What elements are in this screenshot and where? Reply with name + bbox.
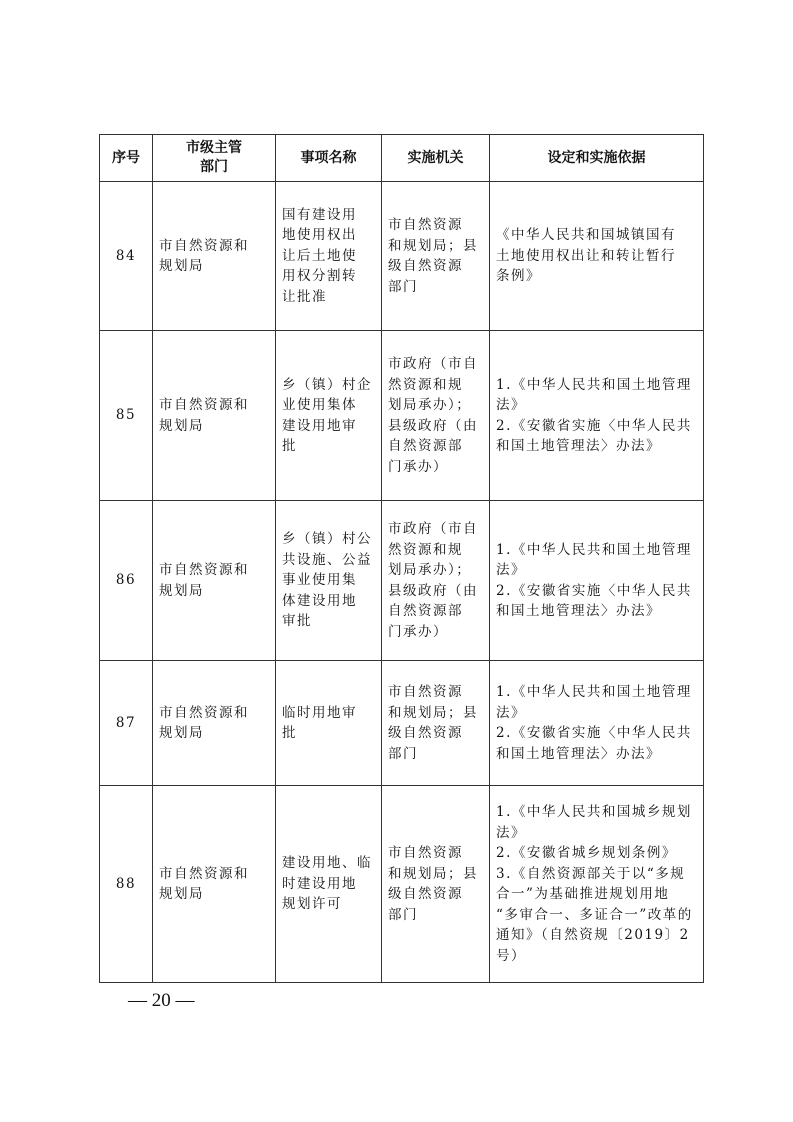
row-seq: 88 [100,786,153,983]
row-dept: 市自然资源和规划局 [153,661,276,786]
row-dept: 市自然资源和规划局 [153,331,276,501]
row-seq: 86 [100,501,153,661]
header-dept: 市级主管部门 [153,135,276,182]
table-row: 84 市自然资源和规划局 国有建设用地使用权出让后土地使用权分割转让批准 市自然… [100,182,704,331]
row-item: 国有建设用地使用权出让后土地使用权分割转让批准 [276,182,382,331]
table-header-row: 序号 市级主管部门 事项名称 实施机关 设定和实施依据 [100,135,704,182]
approval-items-table: 序号 市级主管部门 事项名称 实施机关 设定和实施依据 84 市自然资源和规划局… [99,134,704,983]
page-number: — 20 — [128,990,195,1012]
row-seq: 87 [100,661,153,786]
row-agency: 市政府（市自然资源和规划局承办）；县级政府（由自然资源部门承办） [382,501,490,661]
row-basis: 1.《中华人民共和国土地管理法》2.《安徽省实施〈中华人民共和国土地管理法〉办法… [490,501,704,661]
row-dept: 市自然资源和规划局 [153,786,276,983]
header-item: 事项名称 [276,135,382,182]
row-item: 乡（镇）村公共设施、公益事业使用集体建设用地审批 [276,501,382,661]
row-agency: 市政府（市自然资源和规划局承办）；县级政府（由自然资源部门承办） [382,331,490,501]
row-item: 建设用地、临时建设用地规划许可 [276,786,382,983]
table-row: 85 市自然资源和规划局 乡（镇）村企业使用集体建设用地审批 市政府（市自然资源… [100,331,704,501]
row-basis: 1.《中华人民共和国土地管理法》2.《安徽省实施〈中华人民共和国土地管理法〉办法… [490,661,704,786]
row-agency: 市自然资源和规划局；县级自然资源部门 [382,661,490,786]
row-seq: 84 [100,182,153,331]
row-basis: 1.《中华人民共和国城乡规划法》2.《安徽省城乡规划条例》3.《自然资源部关于以… [490,786,704,983]
row-dept: 市自然资源和规划局 [153,182,276,331]
row-basis: 1.《中华人民共和国土地管理法》2.《安徽省实施〈中华人民共和国土地管理法〉办法… [490,331,704,501]
header-basis: 设定和实施依据 [490,135,704,182]
table-row: 87 市自然资源和规划局 临时用地审批 市自然资源和规划局；县级自然资源部门 1… [100,661,704,786]
row-dept: 市自然资源和规划局 [153,501,276,661]
row-seq: 85 [100,331,153,501]
row-item: 乡（镇）村企业使用集体建设用地审批 [276,331,382,501]
row-agency: 市自然资源和规划局；县级自然资源部门 [382,182,490,331]
header-seq: 序号 [100,135,153,182]
row-item: 临时用地审批 [276,661,382,786]
header-agency: 实施机关 [382,135,490,182]
table-row: 88 市自然资源和规划局 建设用地、临时建设用地规划许可 市自然资源和规划局；县… [100,786,704,983]
table-row: 86 市自然资源和规划局 乡（镇）村公共设施、公益事业使用集体建设用地审批 市政… [100,501,704,661]
document-page: 序号 市级主管部门 事项名称 实施机关 设定和实施依据 84 市自然资源和规划局… [0,0,793,1122]
row-agency: 市自然资源和规划局；县级自然资源部门 [382,786,490,983]
row-basis: 《中华人民共和国城镇国有土地使用权出让和转让暂行条例》 [490,182,704,331]
